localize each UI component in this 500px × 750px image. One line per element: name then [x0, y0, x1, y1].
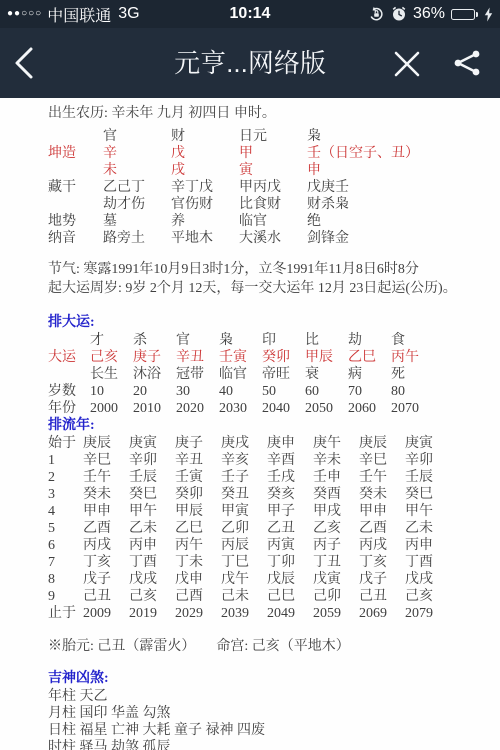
table-cell: 绝 — [307, 213, 321, 230]
table-cell: 己亥 — [90, 349, 133, 366]
four-pillars-table: 官财日元枭坤造辛戊甲壬（日空子、丑）未戌寅申藏干乙己丁辛丁戊甲丙戊戊庚壬劫才伤官… — [48, 128, 494, 247]
table-row: 官财日元枭 — [48, 128, 494, 145]
table-row: 大运己亥庚子辛丑壬寅癸卯甲辰乙巳丙午 — [48, 349, 494, 366]
table-cell: 10 — [90, 383, 133, 400]
table-cell: 2030 — [219, 400, 262, 417]
table-cell: 丁亥 — [359, 554, 405, 571]
table-cell: 己丑 — [83, 588, 129, 605]
table-cell: 死 — [391, 366, 434, 383]
table-cell: 养 — [171, 213, 239, 230]
table-row: 劫才伤官伤财比食财财杀枭 — [48, 196, 494, 213]
table-cell: 50 — [262, 383, 305, 400]
table-cell: 2029 — [175, 605, 221, 622]
table-cell: 庚辰 — [359, 435, 405, 452]
table-cell: 寅 — [239, 162, 307, 179]
table-cell: 帝旺 — [262, 366, 305, 383]
table-row: 1辛巳辛卯辛丑辛亥辛酉辛未辛巳辛卯 — [48, 452, 494, 469]
table-cell: 庚子 — [133, 349, 176, 366]
row-label: 藏干 — [48, 179, 103, 196]
table-cell: 壬午 — [83, 469, 129, 486]
table-row: 地势墓养临官绝 — [48, 213, 494, 230]
table-cell: 乙巳 — [348, 349, 391, 366]
table-cell: 癸未 — [83, 486, 129, 503]
table-row: 7丁亥丁酉丁未丁巳丁卯丁丑丁亥丁酉 — [48, 554, 494, 571]
table-cell: 庚申 — [267, 435, 313, 452]
row-label: 2 — [48, 469, 83, 486]
table-cell: 辛丑 — [176, 349, 219, 366]
table-cell: 乙巳 — [175, 520, 221, 537]
table-cell: 癸丑 — [221, 486, 267, 503]
table-cell: 劫才伤 — [103, 196, 171, 213]
table-cell: 甲辰 — [305, 349, 348, 366]
table-cell: 戊庚壬 — [307, 179, 349, 196]
table-cell: 才 — [90, 332, 133, 349]
row-label: 4 — [48, 503, 83, 520]
table-cell: 财 — [171, 128, 239, 145]
table-cell: 甲子 — [267, 503, 313, 520]
table-cell: 戊 — [171, 145, 239, 162]
table-cell: 辛丁戊 — [171, 179, 239, 196]
table-cell: 路旁土 — [103, 230, 171, 247]
table-row: 8戊子戊戌戊申戊午戊辰戊寅戊子戊戌 — [48, 571, 494, 588]
status-bar: ●●○○○ 中国联通 3G 10:14 36% — [0, 0, 500, 28]
carrier-label: 中国联通 — [47, 3, 111, 26]
table-cell: 戊子 — [83, 571, 129, 588]
row-label: 年份 — [48, 400, 90, 417]
table-cell: 丙午 — [175, 537, 221, 554]
table-row: 9己丑己亥己酉己未己巳己卯己丑己亥 — [48, 588, 494, 605]
charging-bolt-icon — [484, 7, 493, 22]
close-icon[interactable] — [392, 49, 422, 79]
table-cell: 己未 — [221, 588, 267, 605]
table-row: 坤造辛戊甲壬（日空子、丑） — [48, 145, 494, 162]
row-label: 岁数 — [48, 383, 90, 400]
table-cell: 长生 — [90, 366, 133, 383]
table-cell: 病 — [348, 366, 391, 383]
table-cell: 20 — [133, 383, 176, 400]
table-cell: 2050 — [305, 400, 348, 417]
table-cell: 丙辰 — [221, 537, 267, 554]
table-cell: 比 — [305, 332, 348, 349]
row-label: 大运 — [48, 349, 90, 366]
liunian-section-heading: 排流年: — [48, 417, 494, 435]
table-cell: 甲申 — [83, 503, 129, 520]
table-cell: 临官 — [219, 366, 262, 383]
table-row: 2壬午壬辰壬寅壬子壬戌壬申壬午壬辰 — [48, 469, 494, 486]
table-cell: 丙戌 — [83, 537, 129, 554]
table-row: 6丙戌丙申丙午丙辰丙寅丙子丙戌丙申 — [48, 537, 494, 554]
table-cell: 己卯 — [313, 588, 359, 605]
table-cell: 官 — [103, 128, 171, 145]
shensha-day-pillar-line: 日柱 福星 亡神 大耗 童子 禄神 四废 — [48, 722, 494, 739]
network-type-label: 3G — [118, 5, 139, 23]
table-cell: 庚子 — [175, 435, 221, 452]
table-cell: 癸未 — [359, 486, 405, 503]
table-cell: 乙亥 — [313, 520, 359, 537]
birth-date-line: 出生农历: 辛未年 九月 初四日 申时。 — [48, 104, 494, 123]
table-cell: 40 — [219, 383, 262, 400]
row-label: 始于 — [48, 435, 83, 452]
table-cell: 己亥 — [405, 588, 451, 605]
table-cell: 2020 — [176, 400, 219, 417]
table-row: 藏干乙己丁辛丁戊甲丙戊戊庚壬 — [48, 179, 494, 196]
table-cell: 未 — [103, 162, 171, 179]
table-cell: 辛丑 — [175, 452, 221, 469]
table-cell: 2010 — [133, 400, 176, 417]
table-row: 岁数1020304050607080 — [48, 383, 494, 400]
row-label: 1 — [48, 452, 83, 469]
table-cell: 甲午 — [129, 503, 175, 520]
table-cell: 官 — [176, 332, 219, 349]
liunian-table: 始于庚辰庚寅庚子庚戌庚申庚午庚辰庚寅1辛巳辛卯辛丑辛亥辛酉辛未辛巳辛卯2壬午壬辰… — [48, 435, 494, 622]
table-cell: 2019 — [129, 605, 175, 622]
shensha-month-pillar-line: 月柱 国印 华盖 勾煞 — [48, 705, 494, 722]
table-cell: 劫 — [348, 332, 391, 349]
row-label: 3 — [48, 486, 83, 503]
alarm-clock-icon — [391, 6, 407, 22]
table-cell: 丙戌 — [359, 537, 405, 554]
battery-icon — [451, 9, 478, 20]
shensha-section-heading: 吉神凶煞: — [48, 670, 494, 688]
row-label: 地势 — [48, 213, 103, 230]
table-row: 年份20002010202020302040205020602070 — [48, 400, 494, 417]
table-cell: 壬（日空子、丑） — [307, 145, 419, 162]
table-cell: 甲申 — [359, 503, 405, 520]
table-cell: 癸亥 — [267, 486, 313, 503]
table-cell: 丁酉 — [405, 554, 451, 571]
table-cell: 冠带 — [176, 366, 219, 383]
table-cell: 辛卯 — [129, 452, 175, 469]
table-cell: 衰 — [305, 366, 348, 383]
table-cell: 辛亥 — [221, 452, 267, 469]
table-cell: 枭 — [219, 332, 262, 349]
table-cell: 壬辰 — [129, 469, 175, 486]
table-cell: 70 — [348, 383, 391, 400]
table-row: 止于20092019202920392049205920692079 — [48, 605, 494, 622]
table-cell: 庚寅 — [405, 435, 451, 452]
table-cell: 临官 — [239, 213, 307, 230]
table-cell: 壬寅 — [219, 349, 262, 366]
table-cell: 辛酉 — [267, 452, 313, 469]
row-label: 9 — [48, 588, 83, 605]
row-label: 6 — [48, 537, 83, 554]
row-label: 5 — [48, 520, 83, 537]
table-cell: 2059 — [313, 605, 359, 622]
table-cell: 壬寅 — [175, 469, 221, 486]
table-cell: 癸卯 — [262, 349, 305, 366]
table-row: 未戌寅申 — [48, 162, 494, 179]
table-cell: 2079 — [405, 605, 451, 622]
table-cell: 2040 — [262, 400, 305, 417]
table-cell: 甲戌 — [313, 503, 359, 520]
table-cell: 癸卯 — [175, 486, 221, 503]
table-cell: 甲 — [239, 145, 307, 162]
table-cell: 甲辰 — [175, 503, 221, 520]
table-row: 才杀官枭印比劫食 — [48, 332, 494, 349]
table-cell: 平地木 — [171, 230, 239, 247]
table-cell: 辛未 — [313, 452, 359, 469]
table-cell: 己丑 — [359, 588, 405, 605]
table-cell: 2009 — [83, 605, 129, 622]
table-cell: 庚戌 — [221, 435, 267, 452]
table-cell: 印 — [262, 332, 305, 349]
table-cell: 戊申 — [175, 571, 221, 588]
table-cell: 丙午 — [391, 349, 434, 366]
table-cell: 甲丙戊 — [239, 179, 307, 196]
table-cell: 比食财 — [239, 196, 307, 213]
table-cell: 乙卯 — [221, 520, 267, 537]
table-cell: 丁亥 — [83, 554, 129, 571]
table-row: 长生沐浴冠带临官帝旺衰病死 — [48, 366, 494, 383]
table-cell: 辛卯 — [405, 452, 451, 469]
table-cell: 己巳 — [267, 588, 313, 605]
table-cell: 60 — [305, 383, 348, 400]
table-cell: 戊寅 — [313, 571, 359, 588]
table-cell: 丙寅 — [267, 537, 313, 554]
table-cell: 枭 — [307, 128, 321, 145]
table-row: 5乙酉乙未乙巳乙卯乙丑乙亥乙酉乙未 — [48, 520, 494, 537]
table-cell: 2070 — [391, 400, 434, 417]
table-cell: 癸巳 — [129, 486, 175, 503]
table-cell: 申 — [307, 162, 321, 179]
table-row: 4甲申甲午甲辰甲寅甲子甲戌甲申甲午 — [48, 503, 494, 520]
table-cell: 财杀枭 — [307, 196, 349, 213]
table-cell: 大溪水 — [239, 230, 307, 247]
table-cell: 丁丑 — [313, 554, 359, 571]
table-cell: 乙酉 — [359, 520, 405, 537]
table-cell: 丁巳 — [221, 554, 267, 571]
table-cell: 庚午 — [313, 435, 359, 452]
dayun-table: 才杀官枭印比劫食大运己亥庚子辛丑壬寅癸卯甲辰乙巳丙午长生沐浴冠带临官帝旺衰病死岁… — [48, 332, 494, 417]
share-icon[interactable] — [451, 47, 483, 79]
shensha-year-pillar-line: 年柱 天乙 — [48, 688, 494, 705]
luck-start-line: 起大运周岁: 9岁 2个月 12天，每一交大运年 12月 23日起运(公历)。 — [48, 279, 494, 298]
table-cell: 2000 — [90, 400, 133, 417]
table-cell: 己亥 — [129, 588, 175, 605]
table-cell: 30 — [176, 383, 219, 400]
solar-terms-line: 节气: 寒露1991年10月9日3时1分，立冬1991年11月8日6时8分 — [48, 260, 494, 279]
table-row: 始于庚辰庚寅庚子庚戌庚申庚午庚辰庚寅 — [48, 435, 494, 452]
table-cell: 乙未 — [129, 520, 175, 537]
table-cell: 乙未 — [405, 520, 451, 537]
row-label: 止于 — [48, 605, 83, 622]
shensha-hour-pillar-line: 时柱 驿马 劫煞 孤辰 — [48, 739, 494, 750]
row-label: 纳音 — [48, 230, 103, 247]
table-cell: 壬午 — [359, 469, 405, 486]
table-cell: 壬子 — [221, 469, 267, 486]
table-cell: 食 — [391, 332, 434, 349]
table-cell: 墓 — [103, 213, 171, 230]
table-cell: 丙申 — [129, 537, 175, 554]
dayun-section-heading: 排大运: — [48, 314, 494, 332]
table-cell: 戊戌 — [405, 571, 451, 588]
table-cell: 沐浴 — [133, 366, 176, 383]
table-cell: 2069 — [359, 605, 405, 622]
table-cell: 乙己丁 — [103, 179, 171, 196]
table-cell: 丙申 — [405, 537, 451, 554]
table-cell: 丁未 — [175, 554, 221, 571]
table-cell: 壬辰 — [405, 469, 451, 486]
row-label: 8 — [48, 571, 83, 588]
table-cell: 戊辰 — [267, 571, 313, 588]
table-cell: 庚寅 — [129, 435, 175, 452]
table-cell: 丙子 — [313, 537, 359, 554]
table-cell: 癸酉 — [313, 486, 359, 503]
table-cell: 乙酉 — [83, 520, 129, 537]
table-cell: 80 — [391, 383, 434, 400]
table-cell: 壬戌 — [267, 469, 313, 486]
table-cell: 戊戌 — [129, 571, 175, 588]
table-cell: 戌 — [171, 162, 239, 179]
orientation-lock-icon — [368, 6, 385, 23]
table-cell: 日元 — [239, 128, 307, 145]
table-cell: 壬申 — [313, 469, 359, 486]
table-cell: 庚辰 — [83, 435, 129, 452]
table-cell: 乙丑 — [267, 520, 313, 537]
table-cell: 辛 — [103, 145, 171, 162]
table-cell: 辛巳 — [359, 452, 405, 469]
table-cell: 丁卯 — [267, 554, 313, 571]
taiyuan-minggong-line: ※胎元: 己丑（霹雷火） 命宫: 己亥（平地木） — [48, 637, 494, 656]
battery-percent-label: 36% — [413, 5, 445, 23]
table-cell: 丁酉 — [129, 554, 175, 571]
table-cell: 戊子 — [359, 571, 405, 588]
back-icon[interactable] — [13, 46, 35, 80]
table-cell: 2039 — [221, 605, 267, 622]
table-row: 纳音路旁土平地木大溪水剑锋金 — [48, 230, 494, 247]
table-cell: 官伤财 — [171, 196, 239, 213]
table-row: 3癸未癸巳癸卯癸丑癸亥癸酉癸未癸巳 — [48, 486, 494, 503]
table-cell: 杀 — [133, 332, 176, 349]
table-cell: 2060 — [348, 400, 391, 417]
table-cell: 甲午 — [405, 503, 451, 520]
table-cell: 辛巳 — [83, 452, 129, 469]
table-cell: 剑锋金 — [307, 230, 349, 247]
table-cell: 己酉 — [175, 588, 221, 605]
table-cell: 癸巳 — [405, 486, 451, 503]
signal-strength-icon: ●●○○○ — [7, 0, 42, 28]
page-title: 元亨...网络版 — [0, 28, 500, 98]
row-label: 坤造 — [48, 145, 103, 162]
navigation-bar: 元亨...网络版 — [0, 28, 500, 98]
row-label: 7 — [48, 554, 83, 571]
table-cell: 戊午 — [221, 571, 267, 588]
table-cell: 2049 — [267, 605, 313, 622]
table-cell: 甲寅 — [221, 503, 267, 520]
bazi-chart-document: 出生农历: 辛未年 九月 初四日 申时。 官财日元枭坤造辛戊甲壬（日空子、丑）未… — [0, 98, 500, 750]
